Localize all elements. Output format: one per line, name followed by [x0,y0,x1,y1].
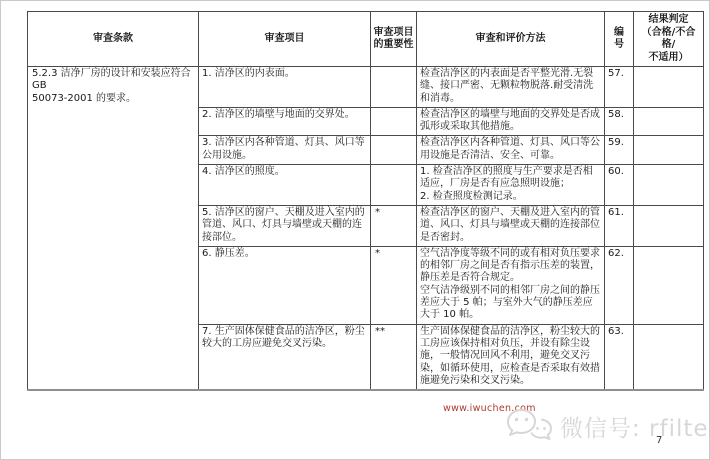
item-cell: 3. 洁净区内各种管道、灯具、风口等公用设施。 [199,136,371,165]
header-result: 结果判定 （合格/不合格/ 不适用） [634,12,704,67]
importance-cell: ** [371,324,417,390]
header-item: 审查项目 [199,12,371,67]
number-cell: 59. [605,136,634,165]
number-cell: 57. [605,67,634,108]
method-cell: 1. 检查洁净区的照度与生产要求是否相适应，厂房是否有应急照明设施； 2. 检查… [417,165,605,206]
table-header-row: 审查条款 审查项目 审查项目 的重要性 审查和评价方法 编 号 结果判定 （合格… [28,12,704,67]
number-cell: 63. [605,324,634,390]
header-number: 编 号 [605,12,634,67]
importance-cell: * [371,246,417,324]
item-cell: 6. 静压差。 [199,246,371,324]
number-cell: 61. [605,205,634,246]
clause-cell: 5.2.3 洁净厂房的设计和安装应符合 GB 50073-2001 的要求。 [28,67,199,391]
importance-cell: * [371,205,417,246]
number-cell: 62. [605,246,634,324]
result-cell [634,67,704,108]
method-cell: 检查洁净区的窗户、天棚及进入室内的管道、风口、灯具与墙壁或天棚的连接部位是否密封… [417,205,605,246]
method-cell: 检查洁净区的墙壁与地面的交界处是否成弧形或采取其他措施。 [417,107,605,136]
method-cell: 生产固体保健食品的洁净区，粉尘较大的工房应该保持相对负压，并设有除尘设施，一般情… [417,324,605,390]
item-cell: 2. 洁净区的墙壁与地面的交界处。 [199,107,371,136]
result-cell [634,165,704,206]
importance-cell [371,107,417,136]
document-page: 审查条款 审查项目 审查项目 的重要性 审查和评价方法 编 号 结果判定 （合格… [0,0,710,460]
header-importance: 审查项目 的重要性 [371,12,417,67]
page-number: 7 [656,435,662,446]
audit-checklist-table: 审查条款 审查项目 审查项目 的重要性 审查和评价方法 编 号 结果判定 （合格… [27,11,704,391]
method-cell: 空气洁净度等级不同的或有相对负压要求的相邻厂房之间是否有指示压差的装置，静压差是… [417,246,605,324]
importance-cell [371,165,417,206]
result-cell [634,136,704,165]
header-clause: 审查条款 [28,12,199,67]
number-cell: 60. [605,165,634,206]
item-cell: 4. 洁净区的照度。 [199,165,371,206]
result-cell [634,246,704,324]
importance-cell [371,136,417,165]
result-cell [634,107,704,136]
result-cell [634,324,704,390]
table-row: 5.2.3 洁净厂房的设计和安装应符合 GB 50073-2001 的要求。 1… [28,67,704,108]
number-cell: 58. [605,107,634,136]
header-method: 审查和评价方法 [417,12,605,67]
item-cell: 5. 洁净区的窗户、天棚及进入室内的管道、风口、灯具与墙壁或天棚的连接部位。 [199,205,371,246]
item-cell: 1. 洁净区的内表面。 [199,67,371,108]
result-cell [634,205,704,246]
watermark-label: 微信号: rfilter [560,412,710,446]
item-cell: 7. 生产固体保健食品的洁净区，粉尘较大的工房应避免交叉污染。 [199,324,371,390]
method-cell: 检查洁净区内各种管道、灯具、风口等公用设施是否清洁、安全、可靠。 [417,136,605,165]
method-cell: 检查洁净区的内表面是否平整光滑.无裂缝、接口严密、无颗粒物脱落.耐受清洗和消毒。 [417,67,605,108]
website-link[interactable]: www.iwuchen.com [443,403,536,414]
importance-cell [371,67,417,108]
